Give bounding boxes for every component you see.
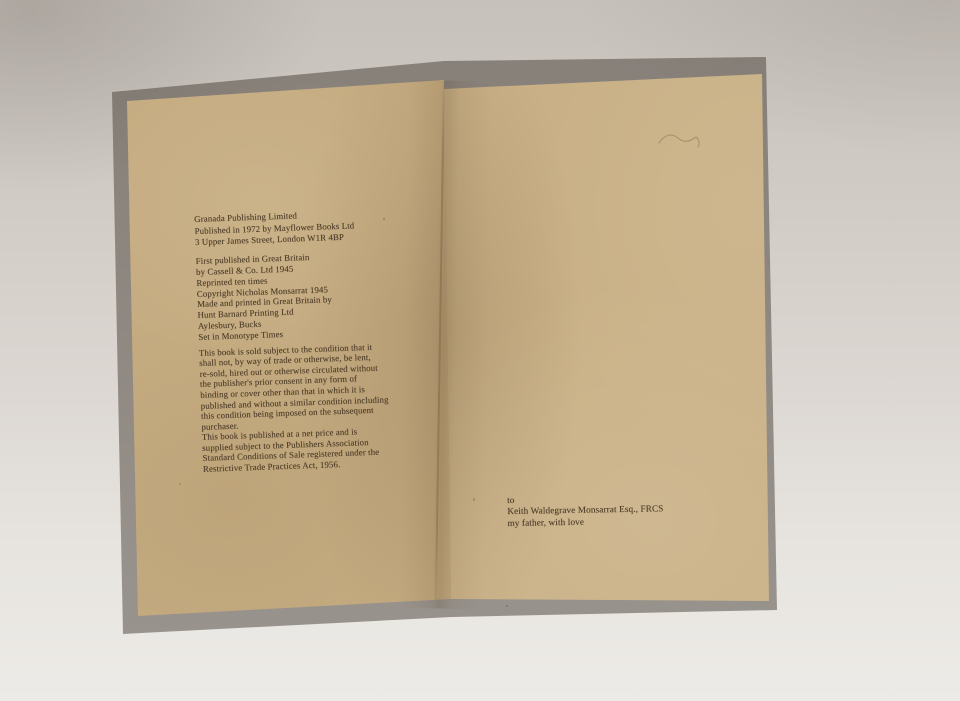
surface-speck xyxy=(506,605,508,607)
paper-speck xyxy=(179,483,181,485)
spine-gutter-shadow xyxy=(400,80,492,609)
paper-speck xyxy=(383,218,385,220)
dedication-block: to Keith Waldegrave Monsarrat Esq., FRCS… xyxy=(507,491,738,529)
photo-scene: Granada Publishing Limited Published in … xyxy=(0,0,960,701)
pencil-mark xyxy=(655,125,705,155)
